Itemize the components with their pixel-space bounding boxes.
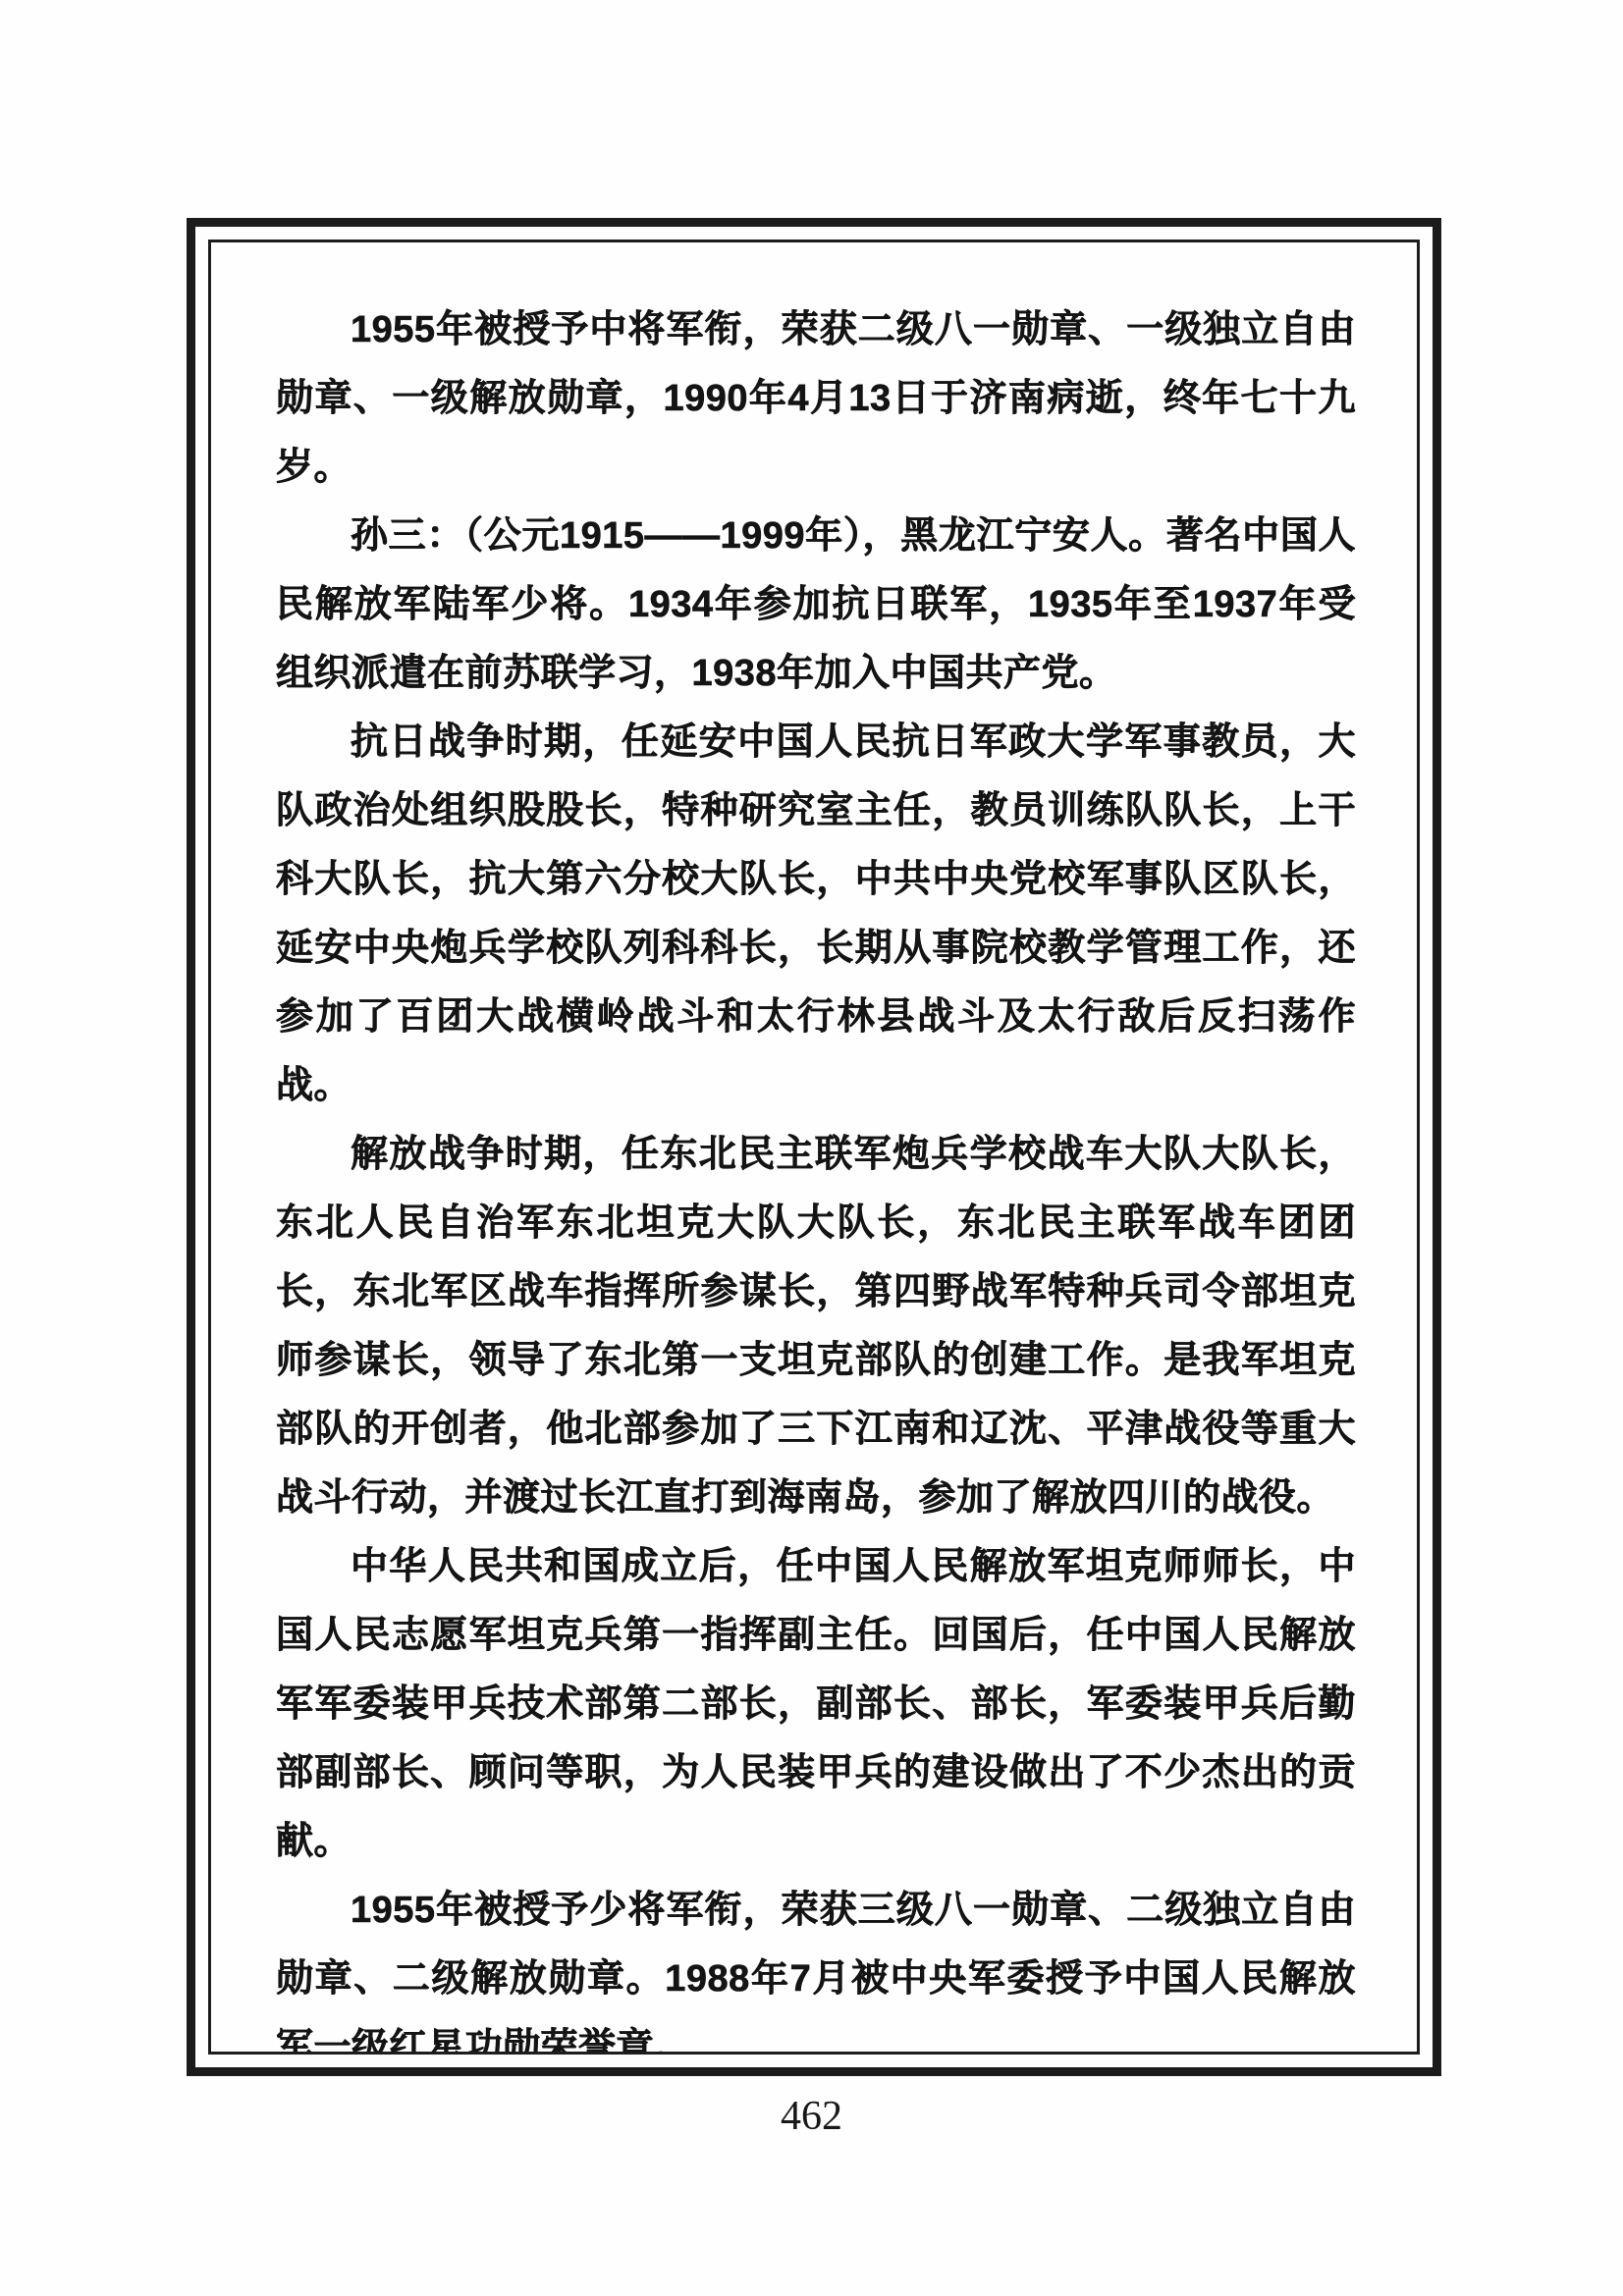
paragraph: 中华人民共和国成立后，任中国人民解放军坦克师师长，中国人民志愿军坦克兵第一指挥副…	[276, 1532, 1356, 1876]
paragraph: 解放战争时期，任东北民主联军炮兵学校战车大队大队长，东北人民自治军东北坦克大队大…	[276, 1120, 1356, 1532]
page-frame-outer-border: 1955年被授予中将军衔，荣获二级八一勋章、一级独立自由勋章、一级解放勋章，19…	[187, 218, 1441, 2076]
paragraph: 孙三：（公元1915——1999年），黑龙江宁安人。著名中国人民解放军陆军少将。…	[276, 502, 1356, 708]
page-number: 462	[0, 2093, 1623, 2140]
scanned-book-page: 1955年被授予中将军衔，荣获二级八一勋章、一级独立自由勋章、一级解放勋章，19…	[0, 0, 1623, 2296]
paragraph: 1955年被授予中将军衔，荣获二级八一勋章、一级独立自由勋章、一级解放勋章，19…	[276, 295, 1356, 502]
paragraph: 抗日战争时期，任延安中国人民抗日军政大学军事教员，大队政治处组织股股长，特种研究…	[276, 708, 1356, 1120]
page-frame-inner-border: 1955年被授予中将军衔，荣获二级八一勋章、一级独立自由勋章、一级解放勋章，19…	[208, 240, 1420, 2055]
body-text-block: 1955年被授予中将军衔，荣获二级八一勋章、一级独立自由勋章、一级解放勋章，19…	[211, 242, 1417, 2052]
paragraph: 1955年被授予少将军衔，荣获三级八一勋章、二级独立自由勋章、二级解放勋章。19…	[276, 1876, 1356, 2052]
